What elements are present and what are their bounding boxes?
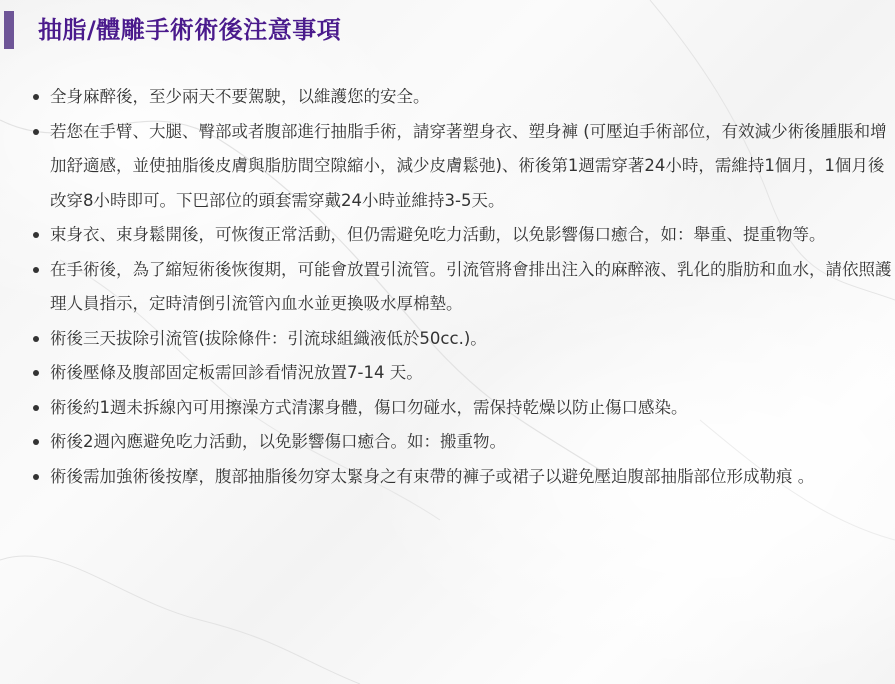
bullet-icon <box>33 405 39 411</box>
page-title: 抽脂/體雕手術術後注意事項 <box>38 13 341 47</box>
list-item-text: 術後三天拔除引流管(拔除條件：引流球組織液低於50cc.)。 <box>50 322 895 357</box>
list-item: 束身衣、束身鬆開後，可恢復正常活動，但仍需避免吃力活動，以免影響傷口癒合，如：舉… <box>50 218 895 253</box>
bullet-icon <box>33 439 39 445</box>
notes-list: 全身麻醉後，至少兩天不要駕駛，以維護您的安全。 若您在手臂、大腿、臀部或者腹部進… <box>30 80 895 494</box>
list-item: 全身麻醉後，至少兩天不要駕駛，以維護您的安全。 <box>50 80 895 115</box>
list-item-text: 在手術後，為了縮短術後恢復期，可能會放置引流管。引流管將會排出注入的麻醉液、乳化… <box>50 253 895 322</box>
bullet-icon <box>33 232 39 238</box>
bullet-icon <box>33 370 39 376</box>
bullet-icon <box>33 267 39 273</box>
list-item-text: 全身麻醉後，至少兩天不要駕駛，以維護您的安全。 <box>50 80 895 115</box>
list-item-text: 術後約1週未拆線內可用擦澡方式清潔身體，傷口勿碰水，需保持乾燥以防止傷口感染。 <box>50 391 895 426</box>
list-item: 術後2週內應避免吃力活動，以免影響傷口癒合。如：搬重物。 <box>50 425 895 460</box>
list-item: 術後壓條及腹部固定板需回診看情況放置7-14 天。 <box>50 356 895 391</box>
list-item: 術後約1週未拆線內可用擦澡方式清潔身體，傷口勿碰水，需保持乾燥以防止傷口感染。 <box>50 391 895 426</box>
list-item-text: 術後2週內應避免吃力活動，以免影響傷口癒合。如：搬重物。 <box>50 425 895 460</box>
list-item-text: 術後壓條及腹部固定板需回診看情況放置7-14 天。 <box>50 356 895 391</box>
list-item-text: 束身衣、束身鬆開後，可恢復正常活動，但仍需避免吃力活動，以免影響傷口癒合，如：舉… <box>50 218 895 253</box>
list-item: 術後三天拔除引流管(拔除條件：引流球組織液低於50cc.)。 <box>50 322 895 357</box>
bullet-icon <box>33 94 39 100</box>
bullet-icon <box>33 474 39 480</box>
bullet-icon <box>33 129 39 135</box>
list-item-text: 若您在手臂、大腿、臀部或者腹部進行抽脂手術，請穿著塑身衣、塑身褲 (可壓迫手術部… <box>50 115 895 219</box>
list-item: 在手術後，為了縮短術後恢復期，可能會放置引流管。引流管將會排出注入的麻醉液、乳化… <box>50 253 895 322</box>
list-item: 術後需加強術後按摩，腹部抽脂後勿穿太緊身之有束帶的褲子或裙子以避免壓迫腹部抽脂部… <box>50 460 895 495</box>
list-item-text: 術後需加強術後按摩，腹部抽脂後勿穿太緊身之有束帶的褲子或裙子以避免壓迫腹部抽脂部… <box>50 460 895 495</box>
list-item: 若您在手臂、大腿、臀部或者腹部進行抽脂手術，請穿著塑身衣、塑身褲 (可壓迫手術部… <box>50 115 895 219</box>
title-accent-bar <box>4 11 14 49</box>
bullet-icon <box>33 336 39 342</box>
